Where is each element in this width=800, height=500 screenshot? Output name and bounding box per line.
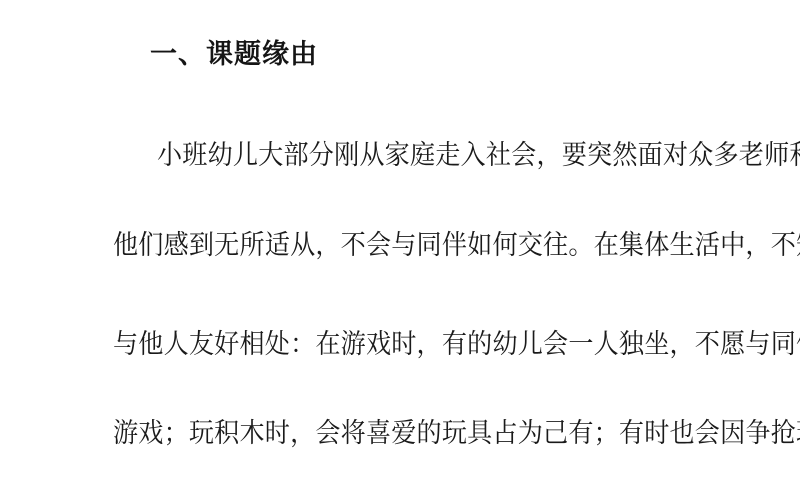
document-page: 一、课题缘由 小班幼儿大部分刚从家庭走入社会，要突然面对众多老师和伙伴， 他们感… (0, 0, 800, 500)
paragraph-line-3: 与他人友好相处：在游戏时，有的幼儿会一人独坐，不愿与同伴一起 (113, 327, 800, 363)
paragraph-line-4: 游戏；玩积木时，会将喜爱的玩具占为己有；有时也会因争抢玩具而 (113, 416, 800, 452)
paragraph-line-1: 小班幼儿大部分刚从家庭走入社会，要突然面对众多老师和伙伴， (157, 138, 800, 174)
section-heading: 一、课题缘由 (150, 32, 318, 71)
paragraph-line-2: 他们感到无所适从，不会与同伴如何交往。在集体生活中，不知如何 (113, 228, 800, 264)
